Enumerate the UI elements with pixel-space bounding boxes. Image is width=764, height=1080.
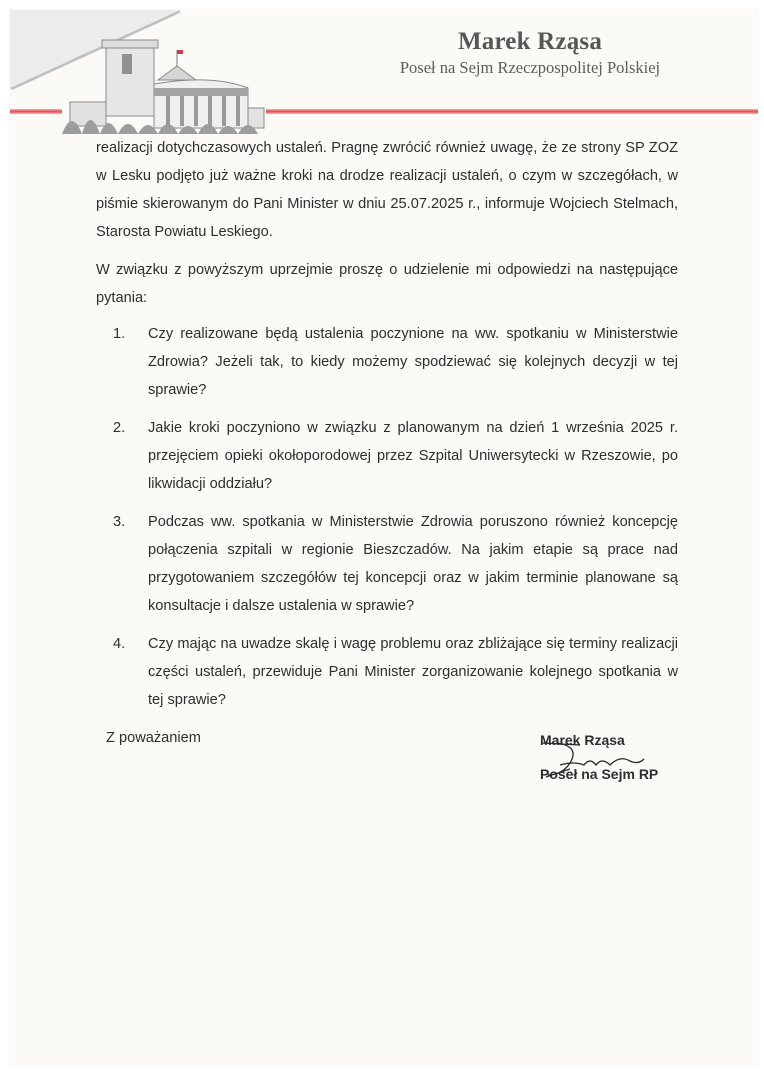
handwritten-signature-icon (540, 735, 660, 785)
question-item: 1. Czy realizowane będą ustalenia poczyn… (113, 320, 678, 404)
body-paragraph: realizacji dotychczasowych ustaleń. Prag… (96, 134, 678, 246)
sejm-building-icon (62, 28, 268, 134)
question-number: 3. (113, 508, 125, 536)
letterhead-rule-right (266, 109, 758, 114)
letterhead-title: Poseł na Sejm Rzeczpospolitej Polskiej (330, 58, 730, 78)
question-number: 1. (113, 320, 125, 348)
letterhead-name: Marek Rząsa (380, 28, 680, 56)
question-number: 2. (113, 414, 125, 442)
question-text: Podczas ww. spotkania w Ministerstwie Zd… (148, 514, 678, 614)
question-item: 2. Jakie kroki poczyniono w związku z pl… (113, 414, 678, 498)
letterhead-rule-left (10, 109, 62, 114)
question-text: Czy realizowane będą ustalenia poczynion… (148, 326, 678, 398)
questions-list: 1. Czy realizowane będą ustalenia poczyn… (96, 320, 678, 714)
question-item: 4. Czy mając na uwadze skalę i wagę prob… (113, 630, 678, 714)
question-text: Jakie kroki poczyniono w związku z plano… (148, 420, 678, 492)
letter-body: realizacji dotychczasowych ustaleń. Prag… (96, 134, 678, 752)
question-text: Czy mając na uwadze skalę i wagę problem… (148, 636, 678, 708)
body-paragraph: W związku z powyższym uprzejmie proszę o… (96, 256, 678, 312)
question-item: 3. Podczas ww. spotkania w Ministerstwie… (113, 508, 678, 620)
question-number: 4. (113, 630, 125, 658)
